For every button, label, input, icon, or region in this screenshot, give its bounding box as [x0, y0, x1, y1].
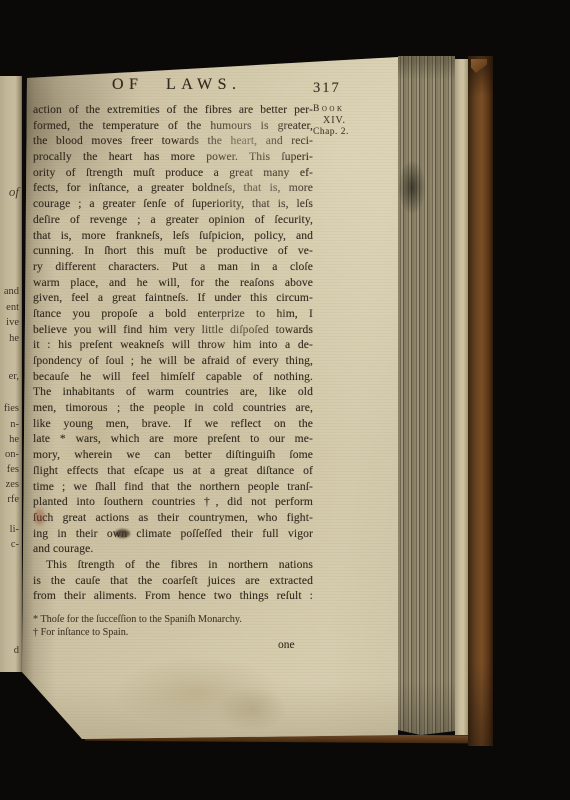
- body-text-line: from their aliments. From hence two thin…: [33, 588, 313, 604]
- body-text-line: formed, the temperature of the humours i…: [33, 118, 313, 134]
- facing-page-text-fragment: rfe: [7, 494, 19, 505]
- body-text-line: action of the extremities of the fibres …: [33, 102, 313, 118]
- body-text-line: procally the heart has more power. This …: [33, 149, 313, 165]
- footnotes: * Thoſe for the ſucceſſion to the Spaniſ…: [33, 613, 323, 639]
- facing-page-text-fragment: ent: [6, 302, 19, 313]
- margin-note-chapter: Chap. 2.: [313, 127, 375, 137]
- body-text-line: ſtance you propoſe a bold enterprize to …: [33, 306, 313, 322]
- body-text-line: given, feel a great faintneſs. If under …: [33, 290, 313, 306]
- facing-page-text-fragment: er,: [9, 371, 19, 382]
- body-text-line: mory, wherein we can better diſtinguiſh …: [33, 447, 313, 463]
- body-text-line: that is, more frankneſs, leſs ſuſpicion,…: [33, 228, 313, 244]
- body-text-line: deſire of revenge ; a greater opinion of…: [33, 212, 313, 228]
- body-text-line: courage ; a greater ſenſe of ſuperiority…: [33, 196, 313, 212]
- facing-page-text-fragment: he: [9, 333, 19, 344]
- body-text-line: ing in their own climate poſſeſſed their…: [33, 526, 313, 542]
- page-number: 317: [313, 80, 341, 97]
- ink-blot: [115, 529, 130, 538]
- body-text-line: planted into ſouthern countries †, did n…: [33, 494, 313, 510]
- flyleaf-edge: [455, 59, 468, 735]
- paper-stain: [112, 657, 282, 727]
- facing-page-text-fragment: zes: [6, 479, 19, 490]
- body-text-line: ſpondency of ſoul ; he will be afraid of…: [33, 353, 313, 369]
- book-page: OF LAWS. 317 action of the extremities o…: [22, 57, 398, 741]
- body-text-line: like young men, brave. If we reflect on …: [33, 416, 313, 432]
- body-text-line: ſlight effects that eſcape us at a great…: [33, 463, 313, 479]
- facing-page-text-fragment: he: [9, 434, 19, 445]
- facing-page-text-fragment: fies: [4, 403, 19, 414]
- facing-page-text-fragment: fes: [7, 464, 19, 475]
- body-text-line: ry different characters. Put a man in a …: [33, 259, 313, 275]
- body-text-line: believe you will find him very little di…: [33, 322, 313, 338]
- facing-page-text-fragment: d: [14, 645, 19, 656]
- body-text-line: fects, for inſtance, a greater boldneſs,…: [33, 180, 313, 196]
- body-text-line: warm place, and he will, for the reaſons…: [33, 275, 313, 291]
- fore-edge-pages: [398, 56, 455, 735]
- body-text-column: action of the extremities of the fibres …: [33, 102, 313, 604]
- facing-page-text-fragment: on-: [5, 449, 19, 460]
- body-text-line: late * wars, which are more preſent to o…: [33, 431, 313, 447]
- paper-stain: [217, 687, 287, 732]
- margin-note-book: Book: [313, 104, 375, 114]
- body-text-line: ority of ſtrength muſt produce a great m…: [33, 165, 313, 181]
- facing-page-text-fragment: li-: [10, 524, 19, 535]
- margin-note-book-number: XIV.: [313, 115, 375, 126]
- facing-page-edge: ofandentiveheer,fiesn-heon-feszesrfeli-c…: [0, 76, 22, 672]
- margin-note: Book XIV. Chap. 2.: [313, 104, 375, 137]
- body-text-line: becauſe he will feel himſelf capable of …: [33, 369, 313, 385]
- body-text-line: it : his preſent weakneſs will throw him…: [33, 337, 313, 353]
- fore-edge-smudge: [398, 160, 426, 215]
- facing-page-text-fragment: n-: [10, 419, 19, 430]
- facing-page-text-fragment: c-: [11, 539, 19, 550]
- facing-page-text-fragment: of: [9, 186, 19, 197]
- catchword: one: [278, 639, 295, 651]
- running-title: OF LAWS.: [112, 76, 242, 94]
- facing-page-text-fragment: and: [4, 286, 19, 297]
- leather-cover-edge: [468, 56, 493, 746]
- cover-corner-wear: [471, 59, 487, 73]
- body-text-line: the blood moves freer towards the heart,…: [33, 133, 313, 149]
- body-text-line: is the cauſe that the coarſeſt juices ar…: [33, 573, 313, 589]
- body-text-line: The inhabitants of warm countries are, l…: [33, 384, 313, 400]
- body-text-line: ſuch great actions as their countrymen, …: [33, 510, 313, 526]
- red-smudge: [34, 509, 45, 525]
- book-photograph: ofandentiveheer,fiesn-heon-feszesrfeli-c…: [0, 0, 570, 800]
- body-text-line: and courage.: [33, 541, 313, 557]
- body-text-line: time ; we ſhall find that the northern p…: [33, 479, 313, 495]
- bottom-shadow: [22, 681, 398, 741]
- facing-page-text-fragment: ive: [6, 317, 19, 328]
- body-text-line: cunning. In ſhort this muſt be productiv…: [33, 243, 313, 259]
- body-text-line: This ſtrength of the fibres in northern …: [33, 557, 313, 573]
- footnote-asterisk: * Thoſe for the ſucceſſion to the Spaniſ…: [33, 613, 323, 626]
- footnote-dagger: † For inſtance to Spain.: [33, 626, 323, 639]
- body-text-line: men, timorous ; the people in cold count…: [33, 400, 313, 416]
